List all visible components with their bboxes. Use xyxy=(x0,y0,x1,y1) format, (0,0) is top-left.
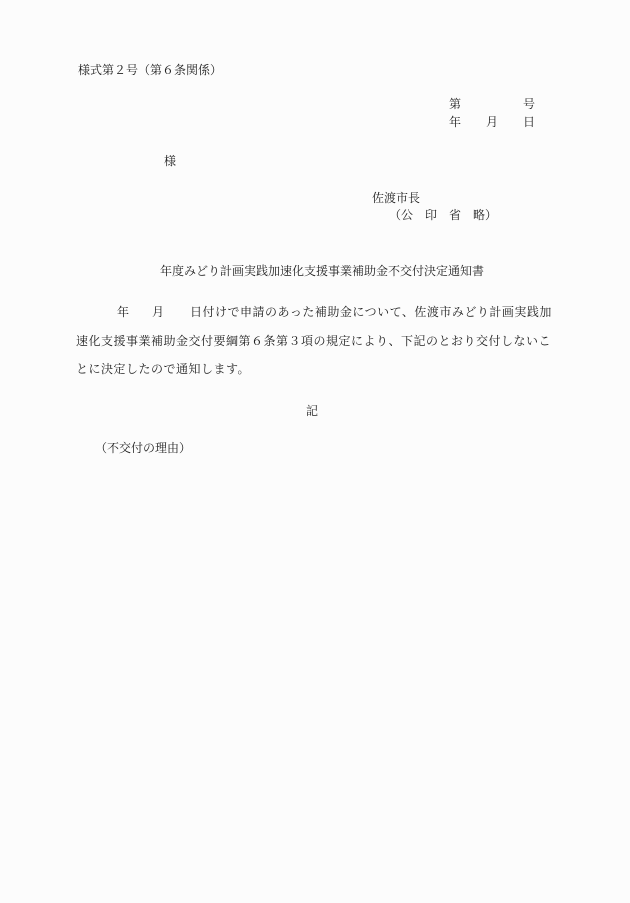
ki-heading: 記 xyxy=(306,404,318,418)
body-line-3: とに決定したので通知します。 xyxy=(76,362,250,376)
addressee-suffix: 様 xyxy=(164,154,176,168)
reference-number-prefix: 第 xyxy=(449,97,461,111)
document-title: 年度みどり計画実践加速化支援事業補助金不交付決定通知書 xyxy=(160,264,484,278)
body-line-2: 速化支援事業補助金交付要綱第６条第３項の規定により、下記のとおり交付しないこ xyxy=(76,334,551,348)
form-number: 様式第２号（第６条関係） xyxy=(78,63,222,77)
date-year: 年 xyxy=(449,115,461,129)
body-year: 年 xyxy=(117,305,129,319)
reason-label: （不交付の理由） xyxy=(95,441,191,455)
date-day: 日 xyxy=(523,115,535,129)
date-month: 月 xyxy=(486,115,498,129)
body-line-1: 日付けで申請のあった補助金について、佐渡市みどり計画実践加 xyxy=(190,305,552,319)
seal-omitted-note: （公 印 省 略） xyxy=(389,208,497,222)
reference-number-suffix: 号 xyxy=(523,97,535,111)
issuer-title: 佐渡市長 xyxy=(372,191,420,205)
body-month: 月 xyxy=(152,305,164,319)
